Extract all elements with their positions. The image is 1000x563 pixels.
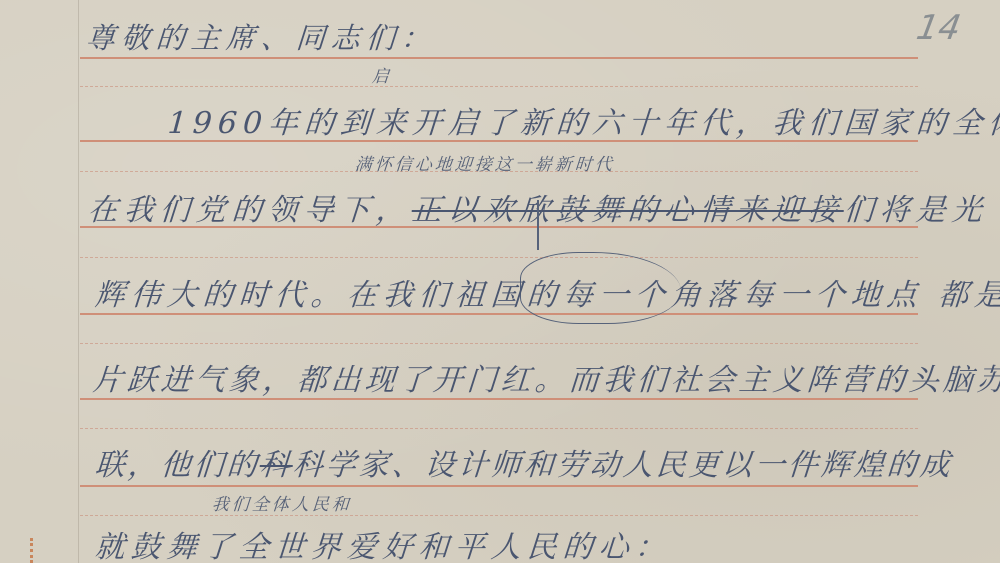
- circled-text-line3: 每一个角落: [562, 278, 744, 313]
- ruled-line: [80, 57, 918, 59]
- dotted-guide-line: [80, 428, 918, 429]
- line5-text-before: 联，他们的: [94, 448, 261, 483]
- dotted-guide-line: [80, 86, 918, 87]
- text-line-5: 联，他们的科科学家、设计师和劳动人民更以一件辉煌的成: [93, 440, 954, 484]
- text-line-1: 1960年的到来开启了新的六十年代，我们国家的全体人民: [166, 98, 1000, 142]
- struck-text-line2: 正以欢欣鼓舞的心情来迎接: [411, 193, 845, 228]
- binding-holes: [30, 538, 36, 563]
- dotted-guide-line: [80, 257, 918, 258]
- ruled-line: [80, 485, 918, 487]
- insertion-above-line1: 启: [371, 62, 393, 87]
- text-line-4: 片跃进气象，都出现了开门红。而我们社会主义阵营的头脑苏: [91, 355, 1000, 399]
- line2-text-after: 们将是光: [843, 193, 989, 228]
- text-line-6: 就鼓舞了全世界爱好和平人民的心：: [93, 522, 672, 563]
- line2-text-before: 在我们党的领导下，: [87, 193, 413, 228]
- text-line-3: 辉伟大的时代。在我们祖国的每一个角落每一个地点 都是一: [93, 270, 1000, 314]
- insertion-above-line2: 满怀信心地迎接这一崭新时代: [354, 150, 616, 175]
- line3-text-before: 辉伟大的时代。在我们祖国的: [94, 278, 564, 313]
- dotted-guide-line: [80, 343, 918, 344]
- insertion-caret-mark: [537, 200, 539, 250]
- manuscript-page: 14 尊敬的主席、同志们： 启 1960年的到来开启了新的六十年代，我们国家的全…: [0, 0, 1000, 563]
- page-number: 14: [913, 8, 963, 48]
- dotted-guide-line: [80, 515, 918, 516]
- line5-text-after: 科学家、设计师和劳动人民更以一件辉煌的成: [292, 448, 954, 483]
- struck-text-line5: 科: [259, 448, 294, 483]
- salutation-line: 尊敬的主席、同志们：: [85, 16, 438, 57]
- insertion-above-line6: 我们全体人民和: [211, 490, 353, 515]
- line3-text-after: 每一个地点 都是一: [742, 278, 1000, 313]
- margin-line: [78, 0, 79, 563]
